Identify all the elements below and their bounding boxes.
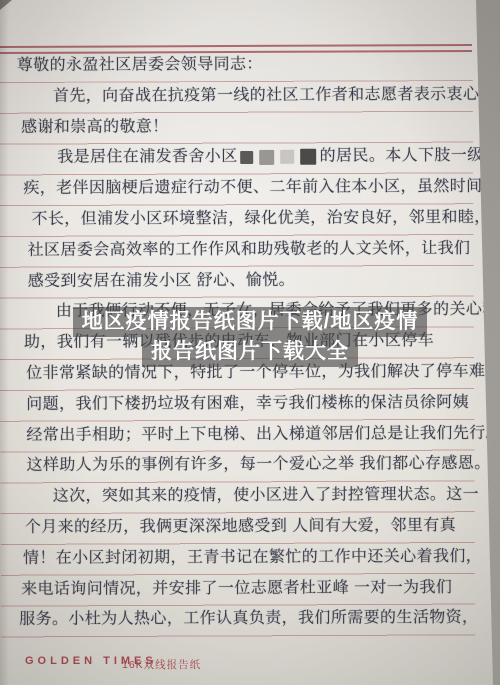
- letter-line: 服务。小杜为人热心，工作认真负责，我们所需要的生活物资，: [19, 603, 481, 636]
- censor-mosaic-block: [241, 151, 254, 164]
- letter-line: 社区居委会高效率的工作作风和助残敬老的人文关怀，让我们: [18, 234, 480, 267]
- letter-text: 我是居住在浦发香舍小区: [57, 148, 237, 166]
- letter-line: 这样助人为乐的事例有许多，每一个爱心之举 我们都心存感恩。: [18, 449, 480, 482]
- censor-mosaic-block: [281, 150, 295, 164]
- letter-line: 个月来的经历，我俩更深深地感受到 人间有大爱，邻里有真: [19, 511, 481, 544]
- photo-of-letter: 尊敬的永盈社区居委会领导同志：首先，向奋战在抗疫第一线的社区工作者和志愿者表示衷…: [0, 0, 500, 685]
- letter-line: 情！在小区封闭初期，王青书记在繁忙的工作中还关心着我们，: [19, 542, 481, 575]
- letter-line: 感谢和崇高的敬意！: [17, 111, 479, 144]
- caption-line-1: 地区疫情报告纸图片下载/地区疫情: [73, 307, 428, 337]
- letter-line: 问题，我们下楼扔垃圾有困难，幸亏我们楼栋的保洁员徐阿姨: [18, 388, 480, 421]
- letter-line: 感受到安居在浦发小区 舒心、愉悦。: [18, 265, 480, 298]
- censor-mosaic-block: [260, 150, 275, 165]
- paper-type-label: 16K双线报告纸: [122, 657, 201, 672]
- caption-row: 地区疫情报告纸图片下载/地区疫情: [0, 307, 500, 337]
- letter-line: 不长，但浦发小区环境整洁，绿化优美，治安良好，邻里和睦，: [17, 203, 479, 236]
- letter-text: 的居民。本人下肢一级残: [320, 147, 500, 165]
- letter-line: 疾，老伴因脑梗后遗症行动不便、二年前入住本小区，虽然时间: [17, 172, 479, 205]
- caption-row: 报告纸图片下载大全: [0, 337, 500, 367]
- letter-line: 首先，向奋战在抗疫第一线的社区工作者和志愿者表示衷心的: [17, 80, 479, 113]
- letter-line: 我是居住在浦发香舍小区的居民。本人下肢一级残: [17, 141, 479, 174]
- letter-line: 这次，突如其来的疫情，使小区进入了封控管理状态。这一: [19, 480, 481, 513]
- caption-line-2: 报告纸图片下载大全: [142, 337, 358, 367]
- letter-line: 尊敬的永盈社区居委会领导同志：: [17, 49, 479, 82]
- watermark-caption: 地区疫情报告纸图片下载/地区疫情 报告纸图片下载大全: [0, 307, 500, 367]
- letter-line: 来电话询问情况，并安排了一位志愿者杜亚峰 一对一为我们: [19, 573, 481, 606]
- letter-line: 经常出手相助；平时上下电梯、出入梯道邻居们总是让我们先行。: [18, 419, 480, 452]
- censor-mosaic-block: [301, 149, 317, 165]
- top-red-rule-line: [0, 44, 472, 48]
